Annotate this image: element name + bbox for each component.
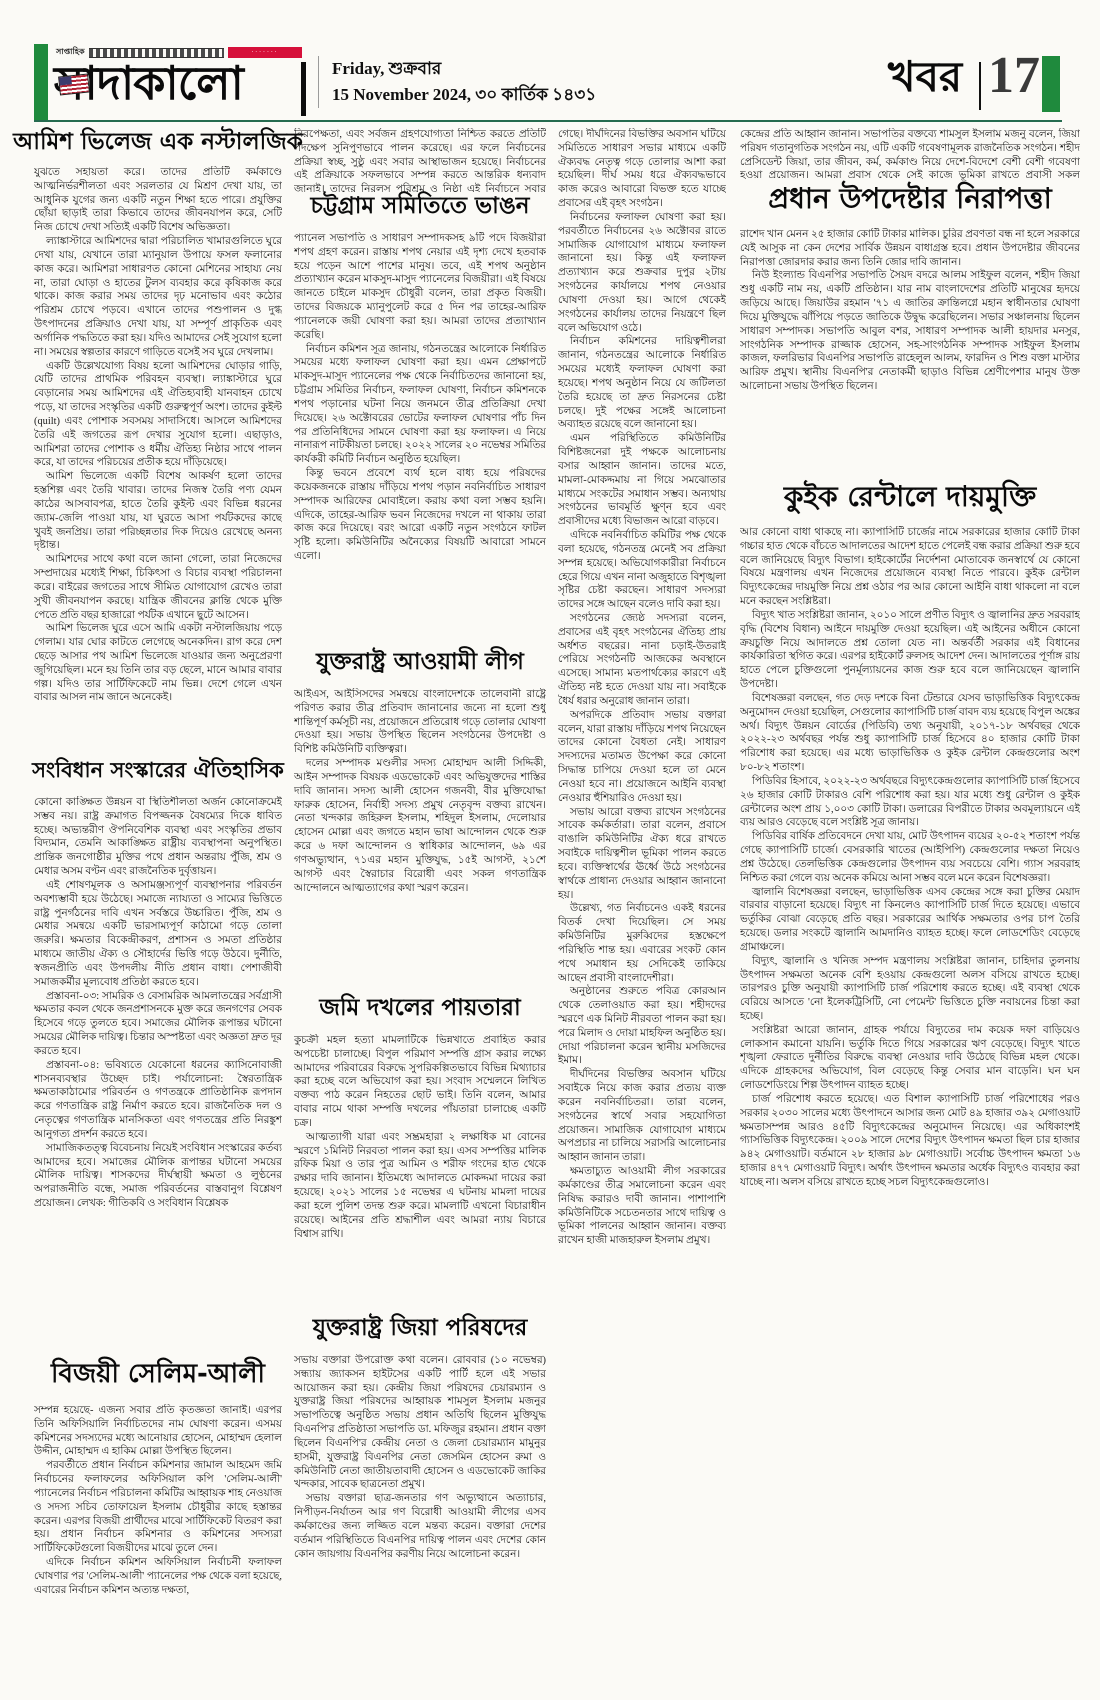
article-paragraph: পিডিবির বার্ষিক প্রতিবেদনে দেখা যায়, মো…	[740, 830, 1080, 885]
article-paragraph: আইএস, আইসিসদের সমন্বয়ে বাংলাদেশকে তালেব…	[294, 688, 546, 757]
article-paragraph: প্রস্তাবনা-০৪: ভবিষ্যতে যেকোনো ধরনের ক্য…	[34, 1059, 282, 1142]
article-paragraph: সম্পন্ন হয়েছে- এজন্য সবার প্রতি কৃতজ্ঞত…	[34, 1404, 282, 1459]
article-paragraph: কিন্তু ভবনে প্রবেশে ব্যর্থ হলে বাধ্য হয়…	[294, 467, 546, 564]
article-paragraph: দলের সম্পাদক মণ্ডলীর সদস্য মোহাম্মদ আলী …	[294, 757, 546, 895]
article-text-block: কেন্দ্রের প্রতি আহ্বান জানান। সভাপতির বক…	[740, 128, 1080, 182]
article-headline: বিজয়ী সেলিম-আলী	[51, 1360, 265, 1389]
article-paragraph: অনুষ্ঠানের শুরুতে পবিত্র কোরআন থেকে তেলা…	[558, 985, 726, 1068]
news-column-3: গেছে। দীর্ঘদিনের বিভক্তির অবসান ঘটিয়ে স…	[558, 128, 726, 1660]
article-paragraph: উল্লেখ্য, গত নির্বাচনেও একই ধরনের বিতর্ক…	[558, 902, 726, 985]
logo-end-bar	[301, 62, 306, 116]
news-column-2: নিরপেক্ষতা, এবং সর্বজন গ্রহণযোগ্যতা নিশ্…	[294, 128, 546, 1660]
article-paragraph: নির্বাচন কমিশনের দায়িত্বশীলরা জানান, গঠ…	[558, 335, 726, 432]
date-weekday: Friday, শুক্রবার	[332, 56, 596, 82]
article-paragraph: কুচক্রী মহল হত্যা মামলাটিকে ভিন্নখাতে প্…	[294, 1034, 546, 1131]
article-paragraph: নির্বাচনের ফলাফল ঘোষণা করা হয়। পরবর্তীত…	[558, 211, 726, 335]
article-paragraph: এদিকে নবনির্বাচিত কমিটির পক্ষ থেকে বলা হ…	[558, 529, 726, 612]
article-paragraph: বিশেষজ্ঞরা বলছেন, গত দেড় দশকে বিনা টেন্…	[740, 692, 1080, 775]
article-paragraph: আমিশ ভিলেজে একটি বিশেষ আকর্ষণ হলো তাদের …	[34, 470, 282, 553]
article-paragraph: সভায় আরো বক্তব্য রাখেন সংগঠনের সাবেক কর…	[558, 806, 726, 903]
article-headline: যুক্তরাষ্ট্র আওয়ামী লীগ	[316, 650, 524, 675]
article-paragraph: এমন পরিস্থিতিতে কমিউনিটির বিশিষ্টজনেরা দ…	[558, 432, 726, 529]
section-label: খবর	[888, 56, 962, 98]
article-headline: প্রধান উপদেষ্টার নিরাপত্তা	[768, 184, 1051, 215]
article-paragraph: নিরপেক্ষতা, এবং সর্বজন গ্রহণযোগ্যতা নিশ্…	[294, 128, 546, 192]
article-paragraph: রাশেদ খান মেনন ২৫ হাজার কোটি টাকার মালিক…	[740, 228, 1080, 269]
article-paragraph: সভায় বক্তারা ছাত্র-জনতার গণ অভ্যুত্থানে…	[294, 1492, 546, 1561]
article-paragraph: নির্বাচন কমিশন সূত্র জানায়, গঠনতন্ত্রের…	[294, 343, 546, 467]
article-columns: আমিশ ভিলেজ এক নস্টালজিকযুঝতে সহায়তা করে…	[34, 128, 1080, 1660]
article-headline: জমি দখলের পায়তারা	[319, 996, 520, 1021]
article-headline: আমিশ ভিলেজ এক নস্টালজিক	[13, 130, 303, 155]
article-paragraph: এই শোষণমূলক ও অসামঞ্জস্যপূর্ণ ব্যবস্থাপন…	[34, 879, 282, 990]
article-text-block: গেছে। দীর্ঘদিনের বিভক্তির অবসান ঘটিয়ে স…	[558, 128, 726, 1660]
article-text-block: রাশেদ খান মেনন ২৫ হাজার কোটি টাকার মালিক…	[740, 228, 1080, 480]
article-paragraph: বিদ্যুৎ খাত সংশ্লিষ্টরা জানান, ২০১০ সালে…	[740, 609, 1080, 692]
article-paragraph: এদিকে নির্বাচন কমিশন অফিসিয়াল নির্বাচনী…	[34, 1556, 282, 1597]
article-paragraph: কোনো কাঙ্ক্ষিত উন্নয়ন বা স্থিতিশীলতা অর…	[34, 796, 282, 879]
article-paragraph: প্রস্তাবনা-০৩: সামরিক ও বেসামরিক আমলাতন্…	[34, 990, 282, 1059]
article-paragraph: আমিশ ভিলেজ ঘুরে এসে আমি একটা নস্টালজিয়া…	[34, 622, 282, 705]
article-paragraph: অপরদিকে প্রতিবাদ সভায় বক্তারা বলেন, যার…	[558, 709, 726, 806]
article-headline: চট্টগ্রাম সমিতিতে ভাঙন	[311, 194, 530, 219]
page-number: 17	[988, 50, 1040, 102]
article-text-block: কুচক্রী মহল হত্যা মামলাটিকে ভিন্নখাতে প্…	[294, 1034, 546, 1314]
article-paragraph: ল্যাঙ্কাস্টারে আমিশদের দ্বারা পরিচালিত খ…	[34, 235, 282, 359]
article-paragraph: সামাজিকতত্ত্ব বিবেচনায় নিয়েই সংবিধান স…	[34, 1142, 282, 1211]
article-headline: সংবিধান সংস্কারের ঐতিহাসিক	[32, 759, 284, 782]
article-headline: যুক্তরাষ্ট্র জিয়া পরিষদের	[313, 1316, 527, 1341]
article-text-block: যুঝতে সহায়তা করে। তাদের প্রতিটি কর্মকাণ…	[34, 166, 282, 757]
us-flag-icon	[59, 75, 89, 95]
article-text-block: সম্পন্ন হয়েছে- এজন্য সবার প্রতি কৃতজ্ঞত…	[34, 1404, 282, 1660]
header-rule	[34, 120, 1062, 122]
article-paragraph: সভায় বক্তারা উপরোক্ত কথা বলেন। রোববার (…	[294, 1354, 546, 1492]
article-text-block: আইএস, আইসিসদের সমন্বয়ে বাংলাদেশকে তালেব…	[294, 688, 546, 994]
newspaper-logo: সাপ্তাহিক ······· সাদাকালো	[34, 44, 306, 120]
date-block: Friday, শুক্রবার 15 November 2024, ৩০ কা…	[332, 56, 596, 107]
article-paragraph: কেন্দ্রের প্রতি আহ্বান জানান। সভাপতির বক…	[740, 128, 1080, 182]
article-paragraph: সংগঠনের জ্যেষ্ঠ সদস্যরা বলেন, প্রবাসের এ…	[558, 612, 726, 709]
article-paragraph: দীর্ঘদিনের বিভক্তির অবসান ঘটিয়ে সবাইকে …	[558, 1068, 726, 1165]
article-text-block: প্যানেল সভাপতি ও সাধারণ সম্পাদকসহ ৯টি পদ…	[294, 232, 546, 648]
article-paragraph: সংশ্লিষ্টরা আরো জানান, গ্রাহক পর্যায়ে ব…	[740, 1024, 1080, 1093]
newspaper-page: সাপ্তাহিক ······· সাদাকালো Friday, শুক্র…	[0, 0, 1100, 1700]
article-paragraph: জ্বালানি বিশেষজ্ঞরা বলছেন, ভাড়াভিত্তিক …	[740, 886, 1080, 955]
article-paragraph: যুঝতে সহায়তা করে। তাদের প্রতিটি কর্মকাণ…	[34, 166, 282, 235]
date-full: 15 November 2024, ৩০ কার্তিক ১৪৩১	[332, 82, 596, 108]
article-paragraph: আর কোনো বাধা থাকছে না। ক্যাপাসিটি চার্জে…	[740, 526, 1080, 609]
article-paragraph: আত্মত্যাগী যারা এবং সম্ভ্রমহারা ২ লক্ষাধ…	[294, 1131, 546, 1242]
article-paragraph: বিদ্যুৎ, জ্বালানি ও খনিজ সম্পদ মন্ত্রণাল…	[740, 955, 1080, 1024]
news-column-1: আমিশ ভিলেজ এক নস্টালজিকযুঝতে সহায়তা করে…	[34, 128, 282, 1660]
article-paragraph: প্যানেল সভাপতি ও সাধারণ সম্পাদকসহ ৯টি পদ…	[294, 232, 546, 343]
article-text-block: আর কোনো বাধা থাকছে না। ক্যাপাসিটি চার্জে…	[740, 526, 1080, 1660]
article-paragraph: নিউ ইংল্যান্ড বিএনপির সভাপতি সৈয়দ বদরে …	[740, 269, 1080, 393]
section-divider	[979, 62, 981, 110]
news-column-4: কেন্দ্রের প্রতি আহ্বান জানান। সভাপতির বক…	[740, 128, 1080, 1660]
logo-green-bar-icon	[34, 44, 48, 120]
article-text-block: সভায় বক্তারা উপরোক্ত কথা বলেন। রোববার (…	[294, 1354, 546, 1660]
page-green-block-icon	[1042, 56, 1060, 112]
article-paragraph: পিডিবির হিসাবে, ২০২২-২৩ অর্থবছরে বিদ্যুৎ…	[740, 775, 1080, 830]
article-paragraph: আমিশদের সাথে কথা বলে জানা গেলো, তারা নিজ…	[34, 553, 282, 622]
article-paragraph: একটি উল্লেখযোগ্য বিষয় হলো আমিশদের ঘোড়া…	[34, 360, 282, 471]
article-headline: কুইক রেন্টালে দায়মুক্তি	[784, 482, 1036, 513]
article-paragraph: গেছে। দীর্ঘদিনের বিভক্তির অবসান ঘটিয়ে স…	[558, 128, 726, 211]
article-text-block: নিরপেক্ষতা, এবং সর্বজন গ্রহণযোগ্যতা নিশ্…	[294, 128, 546, 192]
article-text-block: কোনো কাঙ্ক্ষিত উন্নয়ন বা স্থিতিশীলতা অর…	[34, 796, 282, 1358]
article-paragraph: চার্জ পরিশোধ করতে হয়েছে। এত বিশাল ক্যাপ…	[740, 1093, 1080, 1190]
article-paragraph: ক্ষমতাচ্যুত আওয়ামী লীগ সরকারের কর্মকাণ্…	[558, 1165, 726, 1248]
header-divider	[318, 56, 319, 108]
article-paragraph: পরবর্তীতে প্রধান নির্বাচন কমিশনার জামাল …	[34, 1459, 282, 1556]
